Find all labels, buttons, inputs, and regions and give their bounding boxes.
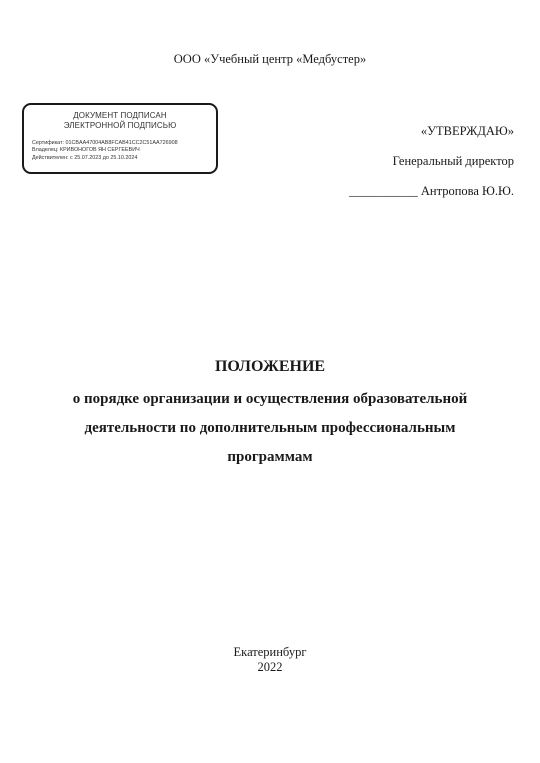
document-title: ПОЛОЖЕНИЕ xyxy=(0,356,540,378)
approval-signature-line: ___________ Антропова Ю.Ю. xyxy=(349,184,514,214)
footer-year: 2022 xyxy=(0,660,540,675)
approval-position: Генеральный директор xyxy=(349,154,514,184)
organization-name: ООО «Учебный центр «Медбустер» xyxy=(0,52,540,67)
electronic-signature-stamp: ДОКУМЕНТ ПОДПИСАН ЭЛЕКТРОННОЙ ПОДПИСЬЮ С… xyxy=(22,103,218,174)
stamp-owner: Владелец: КРИВОНОГОВ ЯН СЕРГЕЕВИЧ xyxy=(32,147,178,154)
stamp-validity: Действителен: с 25.07.2023 до 25.10.2024 xyxy=(32,155,178,162)
document-subtitle-line-3: программам xyxy=(0,443,540,472)
stamp-title: ДОКУМЕНТ ПОДПИСАН ЭЛЕКТРОННОЙ ПОДПИСЬЮ xyxy=(24,111,216,130)
document-subtitle-line-2: деятельности по дополнительным профессио… xyxy=(0,414,540,443)
stamp-certificate: Сертификат: 01CBAA47004AB8FCAB41CC2C51AA… xyxy=(32,140,178,147)
approval-block: «УТВЕРЖДАЮ» Генеральный директор _______… xyxy=(349,124,514,214)
document-title-block: ПОЛОЖЕНИЕ о порядке организации и осущес… xyxy=(0,356,540,472)
stamp-title-line-1: ДОКУМЕНТ ПОДПИСАН xyxy=(24,111,216,121)
approval-label: «УТВЕРЖДАЮ» xyxy=(349,124,514,154)
document-subtitle-line-1: о порядке организации и осуществления об… xyxy=(0,385,540,414)
footer-city: Екатеринбург xyxy=(0,645,540,660)
document-footer: Екатеринбург 2022 xyxy=(0,645,540,675)
stamp-details: Сертификат: 01CBAA47004AB8FCAB41CC2C51AA… xyxy=(32,140,178,162)
stamp-title-line-2: ЭЛЕКТРОННОЙ ПОДПИСЬЮ xyxy=(24,121,216,131)
